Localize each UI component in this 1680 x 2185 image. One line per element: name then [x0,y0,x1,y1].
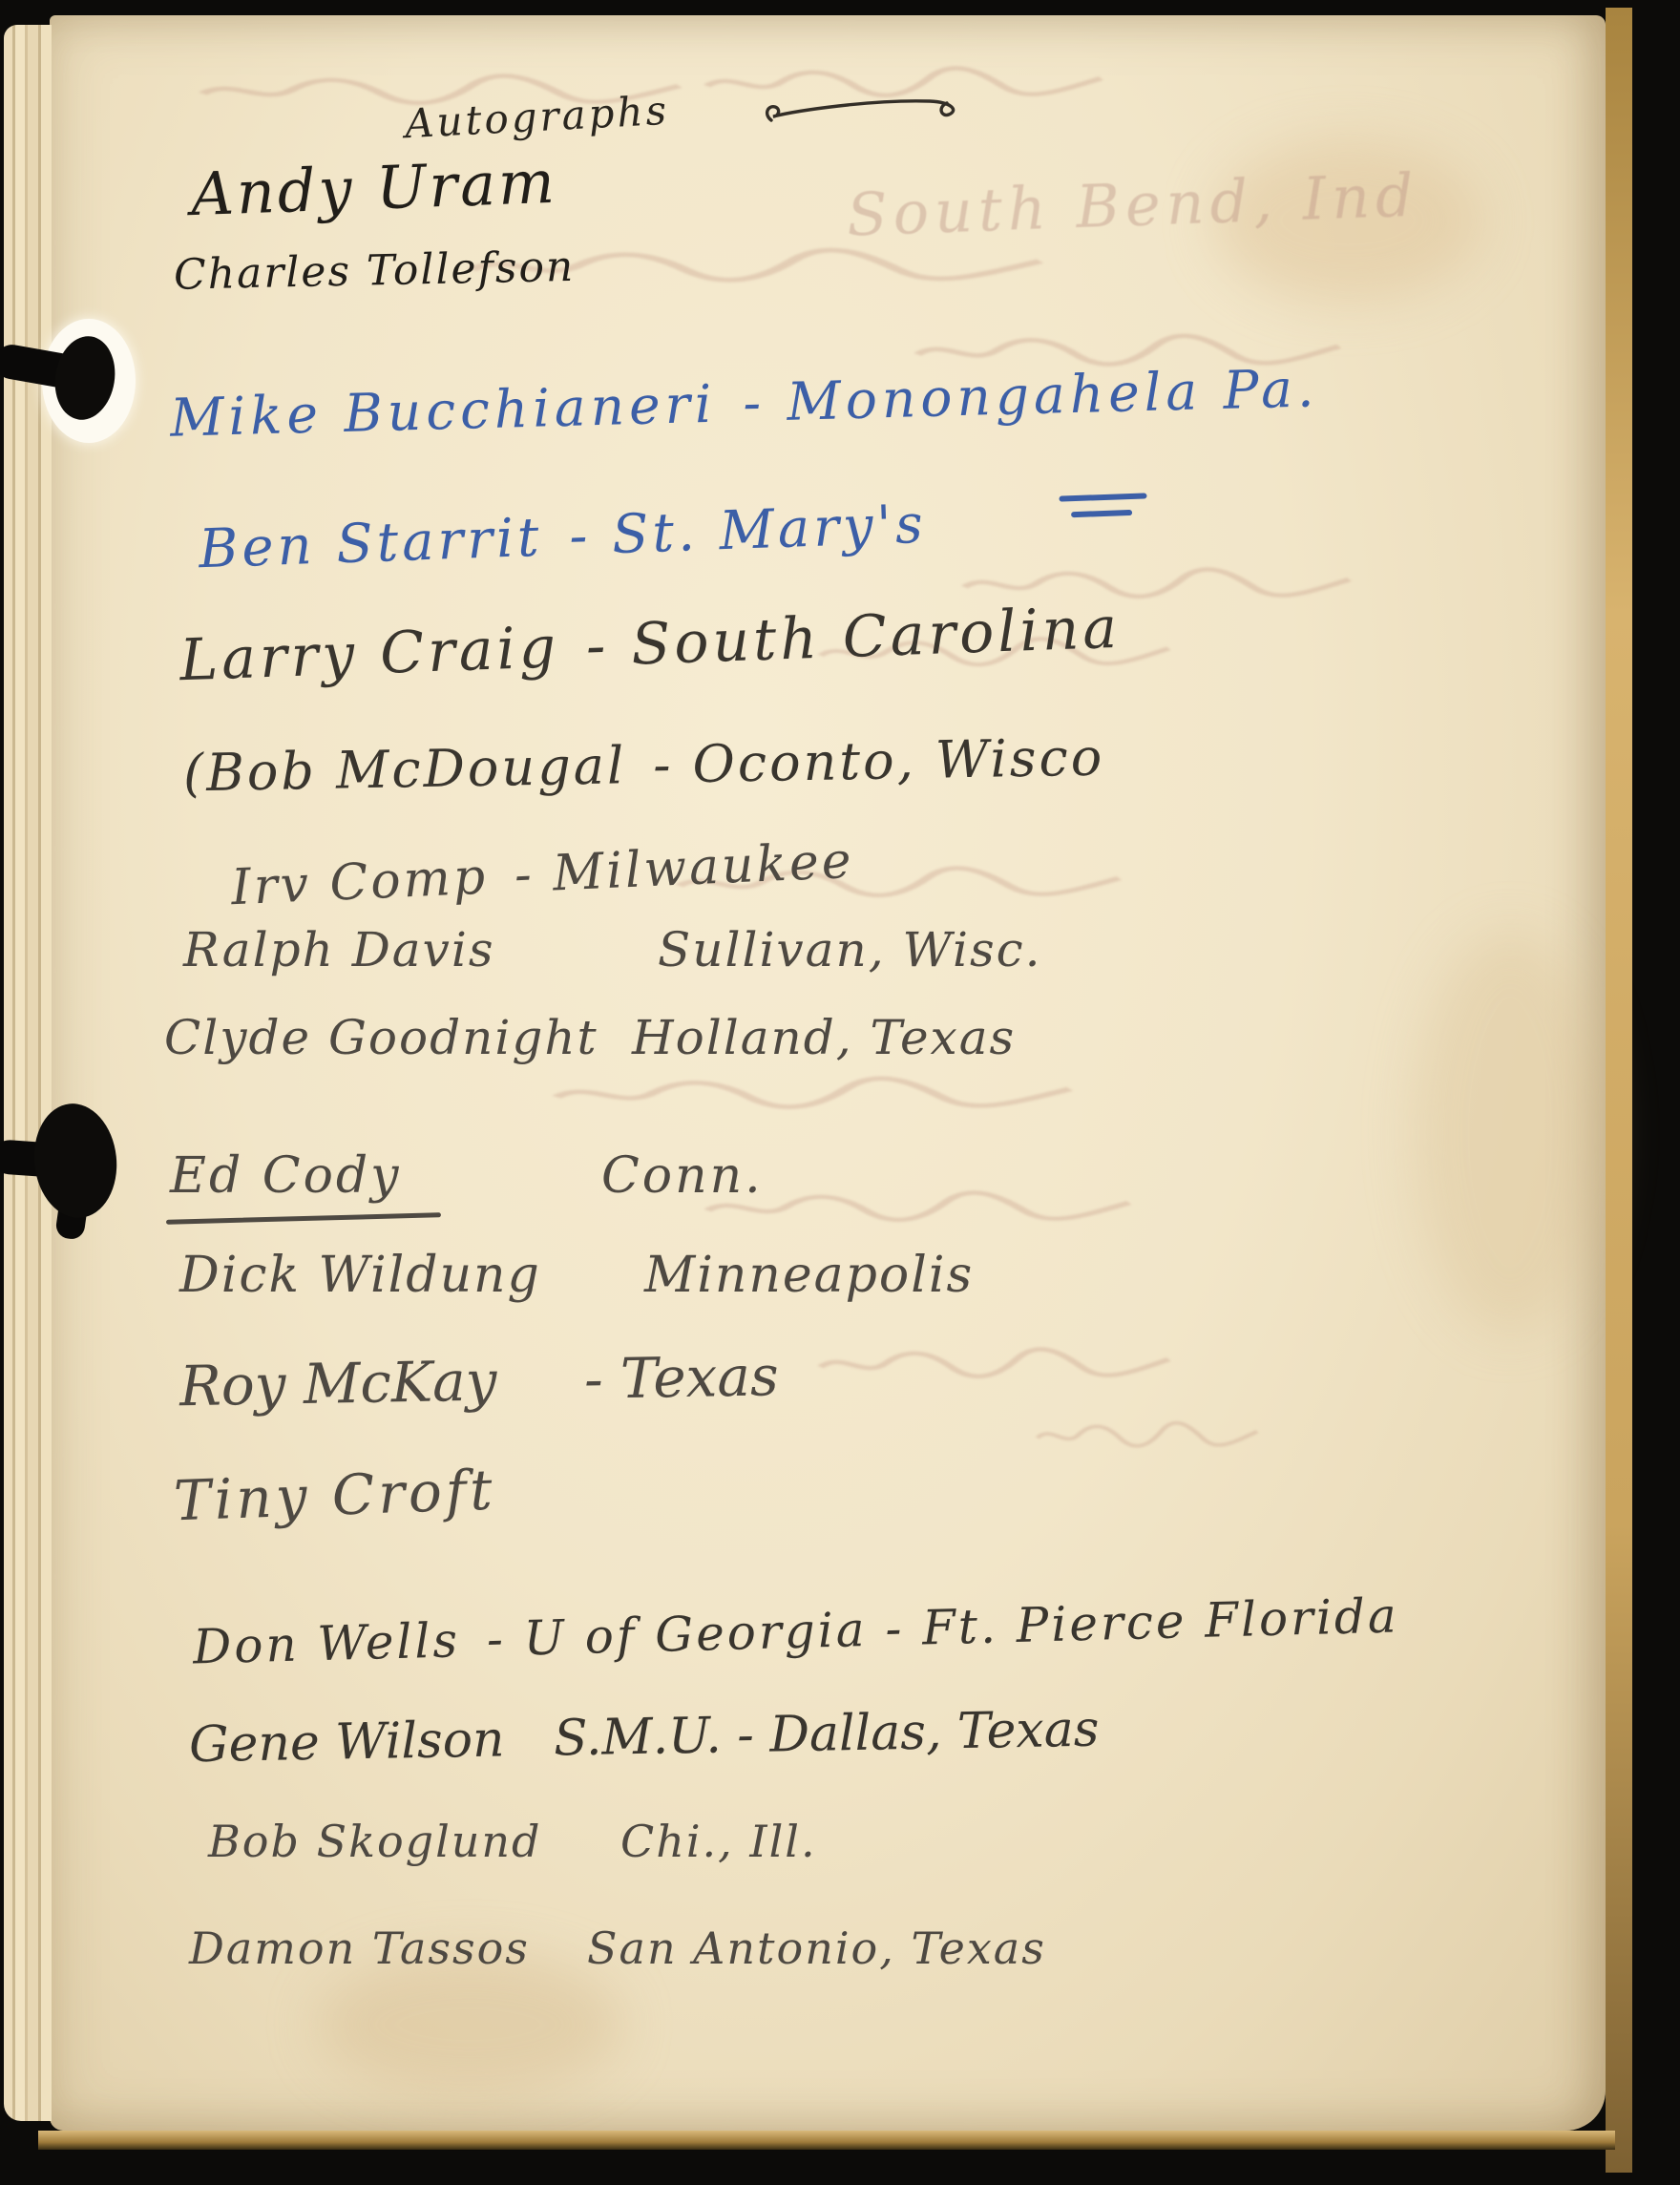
underline-bar [1059,493,1146,501]
autograph-entry: Tiny Croft [173,1457,524,1534]
underline-mark [166,1212,441,1225]
autograph-entry: (Bob McDougal- Oconto, Wisco [183,727,1105,804]
autograph-location: San Antonio, Texas [587,1922,1046,1974]
autograph-name: Larry Craig [178,614,560,694]
autograph-name: Tiny Croft [173,1458,497,1534]
autograph-location: Minneapolis [644,1247,974,1304]
autograph-entry: Andy Uram [190,146,585,229]
autograph-location: Holland, Texas [632,1010,1016,1065]
page-edge-right [1606,8,1632,2173]
autograph-entry: Ralph DavisSullivan, Wisc. [183,922,1520,977]
underline-bar [1071,510,1132,517]
autograph-name: Bob Skoglund [208,1816,542,1867]
autograph-location: Sullivan, Wisc. [658,922,1042,977]
autograph-location: - Texas [583,1343,779,1412]
autograph-name: Roy McKay [179,1348,497,1418]
page-edge-stack [4,25,52,2121]
flourish-mark [758,86,977,137]
autograph-location: S.M.U. - Dallas, Texas [554,1701,1100,1768]
autograph-entry: Clyde GoodnightHolland, Texas [164,1010,1501,1065]
autograph-name: Irv Comp [230,849,489,917]
autograph-name: Gene Wilson [189,1711,505,1774]
page-edge-bottom [38,2131,1615,2150]
album-page: South Bend, Ind Autographs Andy Uram Cha… [50,15,1606,2131]
paper-stain [317,1953,622,2096]
autograph-location [521,1457,523,1522]
autograph-name: Dick Wildung [179,1247,541,1304]
bleedthrough-mark [546,1073,1081,1113]
autograph-entry: Ben Starrit- St. Mary's [198,494,928,581]
autograph-name: Clyde Goodnight [164,1010,598,1065]
bleedthrough-mark [956,564,1357,602]
autograph-entry: Ed CodyConn. [170,1147,1506,1205]
autograph-location [582,146,585,216]
autograph-name: Ed Cody [170,1147,402,1205]
autograph-name: Ben Starrit [198,507,543,581]
autograph-entry: Larry Craig- South Carolina [178,595,1122,694]
autograph-location: - Oconto, Wisco [653,727,1105,795]
autograph-name: (Bob McDougal [183,735,627,803]
autograph-entry: Don Wells- U of Georgia - Ft. Pierce Flo… [192,1587,1399,1674]
autograph-entry: Damon TassosSan Antonio, Texas [189,1922,1525,1974]
autograph-entry: Dick WildungMinneapolis [179,1247,1516,1304]
autograph-name: Andy Uram [190,147,558,229]
double-underline-mark [1059,493,1147,528]
autograph-entry: Gene WilsonS.M.U. - Dallas, Texas [189,1693,1526,1774]
autograph-entry: Mike Bucchianeri- Monongahela Pa. [169,357,1319,448]
autograph-location: - St. Mary's [568,494,928,568]
autograph-entry: Charles Tollefson [174,242,602,299]
autograph-location: - Monongahela Pa. [743,357,1320,433]
autograph-location: Chi., Ill. [620,1816,817,1867]
autograph-entry: Roy McKay- Texas [179,1331,1517,1418]
autograph-name: Don Wells [192,1612,460,1674]
autograph-name: Mike Bucchianeri [169,373,717,449]
autograph-location: - U of Georgia - Ft. Pierce Florida [486,1587,1399,1667]
autograph-name: Charles Tollefson [174,242,576,300]
autograph-name: Damon Tassos [189,1922,530,1974]
autograph-entry: Bob SkoglundChi., Ill. [208,1816,1544,1867]
autograph-entry: Irv Comp- Milwaukee [230,832,855,916]
autograph-name: Ralph Davis [183,922,495,977]
autograph-location: Conn. [601,1147,764,1205]
bleedthrough-mark [1033,1418,1262,1451]
scanned-autograph-page: { "page": { "title": "Autographs", "ghos… [0,0,1680,2185]
